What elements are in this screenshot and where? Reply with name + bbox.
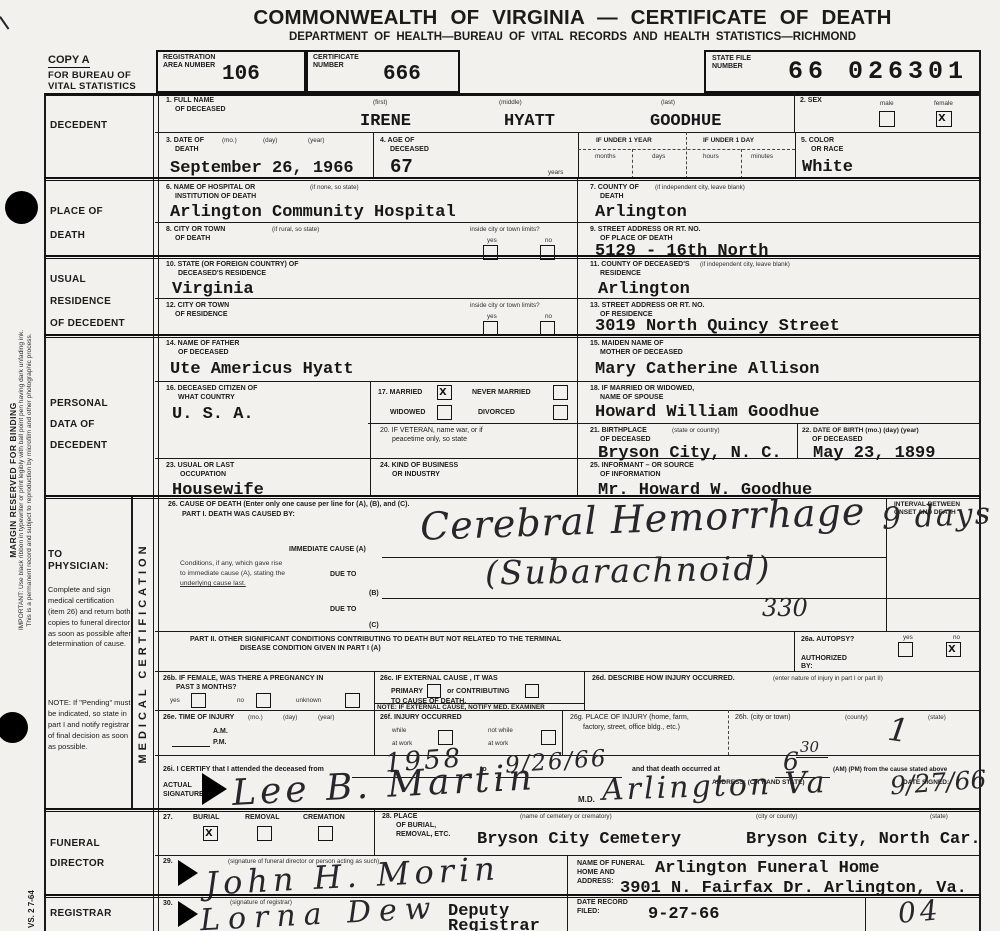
field8-limits-label: inside city or town limits?: [470, 226, 540, 234]
cemetery-city-hint: (city or county): [756, 813, 797, 821]
field7-label1: 7. COUNTY OF: [590, 184, 639, 192]
date-filed-label2: FILED:: [577, 908, 600, 916]
field11-label2: RESIDENCE: [600, 270, 641, 278]
conditions-note-2: to immediate cause (A), stating the: [180, 570, 285, 578]
field12-label2: OF RESIDENCE: [175, 311, 228, 319]
field2-male-label: male: [880, 100, 894, 108]
cemetery-name-hint: (name of cemetery or crematory): [520, 813, 612, 821]
field4-label1: 4. AGE OF: [380, 137, 414, 145]
field26g-label1: 26g. PLACE OF INJURY (home, farm,: [570, 714, 689, 722]
field3-label1: 3. DATE OF: [166, 137, 204, 145]
burial-label: BURIAL: [193, 814, 219, 822]
funeral-home-label2: HOME AND: [577, 869, 615, 877]
autopsy-yes-label: yes: [903, 634, 913, 642]
section-personal-data-1: PERSONAL: [50, 398, 108, 410]
hospital-value: Arlington Community Hospital: [170, 204, 456, 221]
copy-line2: VITAL STATISTICS: [48, 81, 136, 92]
county-of-death-value: Arlington: [595, 204, 687, 221]
field23-label1: 23. USUAL OR LAST: [166, 462, 234, 470]
copy-line1: FOR BUREAU OF: [48, 70, 131, 81]
race-value: White: [802, 159, 853, 176]
residence-state-value: Virginia: [172, 281, 254, 298]
field13-label1: 13. STREET ADDRESS OR RT. NO.: [590, 302, 704, 310]
form-number: VS. 2 7-64: [27, 890, 37, 928]
copy-label: COPY A: [48, 54, 90, 68]
field1-middle-hint: (middle): [499, 99, 522, 107]
field1-label1: 1. FULL NAME: [166, 97, 214, 105]
section-usual-residence-2: RESIDENCE: [50, 296, 111, 308]
field30-number: 30.: [163, 900, 173, 908]
under1year-label: IF UNDER 1 YEAR: [596, 137, 652, 145]
while-label: while: [392, 727, 406, 735]
not-while-at-work-checkbox: [541, 730, 556, 745]
field7-label2: DEATH: [600, 193, 624, 201]
primary-checkbox: [427, 684, 441, 698]
cause-c-label: (C): [369, 622, 379, 630]
field26h-county-hint: (county): [845, 714, 868, 722]
cemetery-state-hint: (state): [930, 813, 948, 821]
to-physician-note-2: NOTE: If "Pending" must be indicated, so…: [48, 698, 132, 752]
field26-label2: PART I. DEATH WAS CAUSED BY:: [182, 511, 295, 519]
date-signed-handwriting: 9/27/66: [889, 767, 987, 799]
field26d-label: 26d. DESCRIBE HOW INJURY OCCURRED.: [592, 675, 735, 683]
field26e-label: 26e. TIME OF INJURY: [163, 714, 234, 722]
to-physician-label-2: PHYSICIAN:: [48, 561, 109, 573]
married-checkbox: x: [437, 385, 452, 400]
field3-mo-hint: (mo.): [222, 137, 237, 145]
field26e-day-hint: (day): [283, 714, 297, 722]
due-to-label-2: DUE TO: [330, 606, 356, 614]
funeral-home-name-value: Arlington Funeral Home: [655, 860, 879, 877]
field12-yes-label: yes: [487, 313, 497, 321]
binding-margin-note: MARGIN RESERVED FOR BINDING IMPORTANT: U…: [8, 260, 34, 700]
field20-label2: peacetime only, so state: [392, 436, 467, 444]
field3-day-hint: (day): [263, 137, 277, 145]
hours-label: hours: [703, 153, 719, 161]
field4-label2: DECEASED: [390, 146, 429, 154]
field21-hint: (state or country): [672, 427, 720, 435]
cause-b-handwriting: (Subarachnoid): [485, 552, 772, 590]
field2-female-label: female: [934, 100, 953, 108]
pm-label: P.M.: [213, 739, 227, 747]
field1-last-value: GOODHUE: [650, 113, 721, 130]
field26h-label: 26h. (city or town): [735, 714, 791, 722]
field17-divorced-label: DIVORCED: [478, 409, 515, 417]
section-place-of-death-1: PLACE OF: [50, 206, 103, 218]
married-mark: x: [439, 384, 447, 399]
certificate-number: 666: [383, 64, 421, 85]
registrar-title-line2: Registrar: [448, 918, 540, 931]
field4-years-label: years: [548, 169, 563, 177]
field16-label2: WHAT COUNTRY: [178, 394, 235, 402]
cremation-checkbox: [318, 826, 333, 841]
section-registrar: REGISTRAR: [50, 908, 112, 920]
field1-label2: OF DECEASED: [175, 106, 226, 114]
field8-label1: 8. CITY OR TOWN: [166, 226, 225, 234]
state-file-number: 66 026301: [788, 59, 968, 84]
field26e-year-hint: (year): [318, 714, 334, 722]
section-personal-data-2: DATA OF: [50, 419, 95, 431]
state-file-label2: NUMBER: [712, 63, 743, 71]
to-physician-note: Complete and sign medical certification …: [48, 585, 132, 650]
signature-arrow-icon: [202, 773, 227, 805]
spouse-name-value: Howard William Goodhue: [595, 404, 819, 421]
citizenship-value: U. S. A.: [172, 406, 254, 423]
field27-number: 27.: [163, 814, 173, 822]
margin-small-line2: This is a permanent record and subject t…: [26, 260, 34, 700]
sex-female-checkbox: x: [936, 111, 952, 127]
field7-hint: (if independent city, leave blank): [655, 184, 745, 192]
field17-widowed-label: WIDOWED: [390, 409, 425, 417]
field24-label1: 24. KIND OF BUSINESS: [380, 462, 458, 470]
father-name-value: Ute Americus Hyatt: [170, 361, 354, 378]
field28-label3: REMOVAL, ETC.: [396, 831, 450, 839]
field12-label1: 12. CITY OR TOWN: [166, 302, 229, 310]
divorced-checkbox: [553, 405, 568, 420]
interval-handwriting: 9 days: [881, 499, 992, 535]
field1-middle-value: HYATT: [504, 113, 555, 130]
field17-married-label: 17. MARRIED: [378, 389, 422, 397]
autopsy-no-mark: x: [948, 641, 956, 656]
section-decedent: DECEDENT: [50, 120, 107, 132]
field14-label1: 14. NAME OF FATHER: [166, 340, 239, 348]
cemetery-name-value: Bryson City Cemetery: [477, 831, 681, 848]
field26b-label1: 26b. IF FEMALE, WAS THERE A PREGNANCY IN: [163, 675, 323, 683]
field26d-hint: (enter nature of injury in part I or par…: [773, 675, 883, 683]
section-funeral-director-2: DIRECTOR: [50, 858, 104, 870]
section-medical-certification: MEDICAL CERTIFICATION: [137, 500, 150, 806]
page-title: COMMONWEALTH OF VIRGINIA — CERTIFICATE O…: [225, 6, 920, 30]
funeral-home-label3: ADDRESS:: [577, 878, 614, 886]
field10-label2: DECEASED'S RESIDENCE: [178, 270, 266, 278]
birthplace-value: Bryson City, N. C.: [598, 445, 782, 462]
burial-mark: x: [205, 825, 213, 840]
autopsy-no-checkbox: x: [946, 642, 961, 657]
part2-label2: DISEASE CONDITION GIVEN IN PART I (A): [240, 645, 381, 653]
actual-label: ACTUAL: [163, 782, 192, 790]
registration-area-number: 106: [222, 64, 260, 85]
funeral-home-label1: NAME OF FUNERAL: [577, 860, 645, 868]
burial-checkbox: x: [203, 826, 218, 841]
certificate-number-label2: NUMBER: [313, 62, 344, 70]
field12-limits-label: inside city or town limits?: [470, 302, 540, 310]
conditions-note-1: Conditions, if any, which gave rise: [180, 560, 282, 568]
field26e-mo-hint: (mo.): [248, 714, 263, 722]
residence-address-value: 3019 North Quincy Street: [595, 318, 840, 335]
days-label: days: [652, 153, 665, 161]
field5-label2: OR RACE: [811, 146, 843, 154]
signature-arrow-icon: [178, 901, 198, 927]
pregnancy-unknown-checkbox: [345, 693, 360, 708]
field26c-label1: 26c. IF EXTERNAL CAUSE , IT WAS: [380, 675, 498, 683]
conditions-note-3: underlying cause last.: [180, 580, 246, 588]
field20-label1: 20. IF VETERAN, name war, or if: [380, 427, 483, 435]
cause-code-handwriting: 330: [762, 596, 808, 620]
death-certificate-document: COMMONWEALTH OF VIRGINIA — CERTIFICATE O…: [0, 0, 1000, 931]
cause-b-label: (B): [369, 590, 379, 598]
field8-hint: (if rural, so state): [272, 226, 319, 234]
date-of-birth-value: May 23, 1899: [813, 445, 935, 462]
due-to-label-1: DUE TO: [330, 571, 356, 579]
field8-yes-label: yes: [487, 237, 497, 245]
bottom-code-handwriting: 04: [897, 896, 943, 928]
section-funeral-director-1: FUNERAL: [50, 838, 100, 850]
field26h-handwritten-mark: 1: [886, 713, 911, 748]
contributing-checkbox: [525, 684, 539, 698]
pregnancy-unknown-label: unknown: [296, 697, 321, 705]
date-filed-value: 9-27-66: [648, 906, 719, 923]
field6-label2: INSTITUTION OF DEATH: [175, 193, 256, 201]
physician-address-handwriting: Arlington Va: [602, 768, 828, 806]
field18-label2: NAME OF SPOUSE: [600, 394, 663, 402]
pregnancy-no-checkbox: [256, 693, 271, 708]
field25-label2: OF INFORMATION: [600, 471, 661, 479]
field23-label2: OCCUPATION: [180, 471, 226, 479]
field2-label: 2. SEX: [800, 97, 822, 105]
section-usual-residence-3: OF DECEDENT: [50, 318, 125, 330]
field11-label1: 11. COUNTY OF DECEASED'S: [590, 261, 690, 269]
field6-label1: 6. NAME OF HOSPITAL OR: [166, 184, 255, 192]
immediate-cause-label: IMMEDIATE CAUSE (A): [289, 546, 366, 554]
date-of-death-value: September 26, 1966: [170, 160, 354, 177]
field22-label1: 22. DATE OF BIRTH (mo.) (day) (year): [802, 427, 919, 435]
pregnancy-yes-checkbox: [191, 693, 206, 708]
field1-first-value: IRENE: [360, 113, 411, 130]
death-time-minutes-handwriting: 30: [800, 740, 819, 755]
field3-year-hint: (year): [308, 137, 324, 145]
mother-name-value: Mary Catherine Allison: [595, 361, 819, 378]
field25-label1: 25. INFORMANT – OR SOURCE: [590, 462, 694, 470]
margin-small-line1: IMPORTANT: Use black ribbon in typewrite…: [18, 260, 26, 700]
field26h-state-hint: (state): [928, 714, 946, 722]
cause-a-handwriting: Cerebral Hemorrhage: [419, 492, 865, 546]
field15-label2: MOTHER OF DECEASED: [600, 349, 683, 357]
field8-label2: OF DEATH: [175, 235, 210, 243]
page-subtitle: DEPARTMENT OF HEALTH—BUREAU OF VITAL REC…: [225, 31, 920, 43]
field8-no-label: no: [545, 237, 552, 245]
am-label: A.M.: [213, 728, 228, 736]
months-label: months: [595, 153, 616, 161]
date-filed-label1: DATE RECORD: [577, 899, 628, 907]
section-usual-residence-1: USUAL: [50, 274, 86, 286]
field1-last-hint: (last): [661, 99, 675, 107]
field16-label1: 16. DECEASED CITIZEN OF: [166, 385, 257, 393]
field26-label1: 26. CAUSE OF DEATH (Enter only one cause…: [168, 501, 409, 509]
signature-arrow-icon: [178, 860, 198, 886]
sex-female-mark: x: [938, 110, 946, 125]
widowed-checkbox: [437, 405, 452, 420]
autopsy-yes-checkbox: [898, 642, 913, 657]
minutes-label: minutes: [751, 153, 773, 161]
margin-bold-line: MARGIN RESERVED FOR BINDING: [8, 260, 18, 700]
field1-first-hint: (first): [373, 99, 387, 107]
under1day-label: IF UNDER 1 DAY: [703, 137, 754, 145]
to-physician-label-1: TO: [48, 549, 62, 561]
field3-label2: DEATH: [175, 146, 199, 154]
contributing-label: or CONTRIBUTING: [447, 688, 510, 696]
field26b-label2: PAST 3 MONTHS?: [176, 684, 237, 692]
md-label: M.D.: [578, 795, 595, 805]
field10-label1: 10. STATE (OR FOREIGN COUNTRY) OF: [166, 261, 298, 269]
while-at-work-checkbox: [438, 730, 453, 745]
section-place-of-death-2: DEATH: [50, 230, 85, 242]
cemetery-city-value: Bryson City, North Car.: [746, 831, 981, 848]
field29-number: 29.: [163, 858, 173, 866]
field12-no-label: no: [545, 313, 552, 321]
field15-label1: 15. MAIDEN NAME OF: [590, 340, 664, 348]
cremation-label: CREMATION: [303, 814, 345, 822]
field5-label1: 5. COLOR: [801, 137, 834, 145]
field21-label1: 21. BIRTHPLACE: [590, 427, 647, 435]
pregnancy-yes-label: yes: [170, 697, 180, 705]
field11-hint: (if independent city, leave blank): [700, 261, 790, 269]
never-married-checkbox: [553, 385, 568, 400]
not-at-work-label: at work: [488, 740, 508, 748]
field28-label2: OF BURIAL,: [396, 822, 436, 830]
signature-label: SIGNATURE: [163, 791, 204, 799]
residence-county-value: Arlington: [598, 281, 690, 298]
field26g-label2: factory, street, office bldg., etc.): [583, 724, 680, 732]
age-value: 67: [390, 158, 413, 177]
field18-label1: 18. IF MARRIED OR WIDOWED,: [590, 385, 694, 393]
field14-label2: OF DECEASED: [178, 349, 229, 357]
field6-hint: (if none, so state): [310, 184, 359, 192]
part2-label1: PART II. OTHER SIGNIFICANT CONDITIONS CO…: [190, 636, 561, 644]
sex-male-checkbox: [879, 111, 895, 127]
field28-label1: 28. PLACE: [382, 813, 417, 821]
punch-hole: [5, 191, 38, 224]
registration-area-label2: AREA NUMBER: [163, 62, 215, 70]
primary-label: PRIMARY: [391, 688, 423, 696]
field17-never-married-label: NEVER MARRIED: [472, 389, 531, 397]
punch-hole: [0, 712, 28, 743]
not-while-label: not while: [488, 727, 513, 735]
field26a-label: 26a. AUTOPSY?: [801, 636, 854, 644]
section-personal-data-3: DECEDENT: [50, 440, 107, 452]
removal-label: REMOVAL: [245, 814, 279, 822]
field24-label2: OR INDUSTRY: [392, 471, 440, 479]
field26f-label: 26f. INJURY OCCURRED: [380, 714, 462, 722]
field9-label1: 9. STREET ADDRESS OR RT. NO.: [590, 226, 701, 234]
removal-checkbox: [257, 826, 272, 841]
pregnancy-no-label: no: [237, 697, 244, 705]
